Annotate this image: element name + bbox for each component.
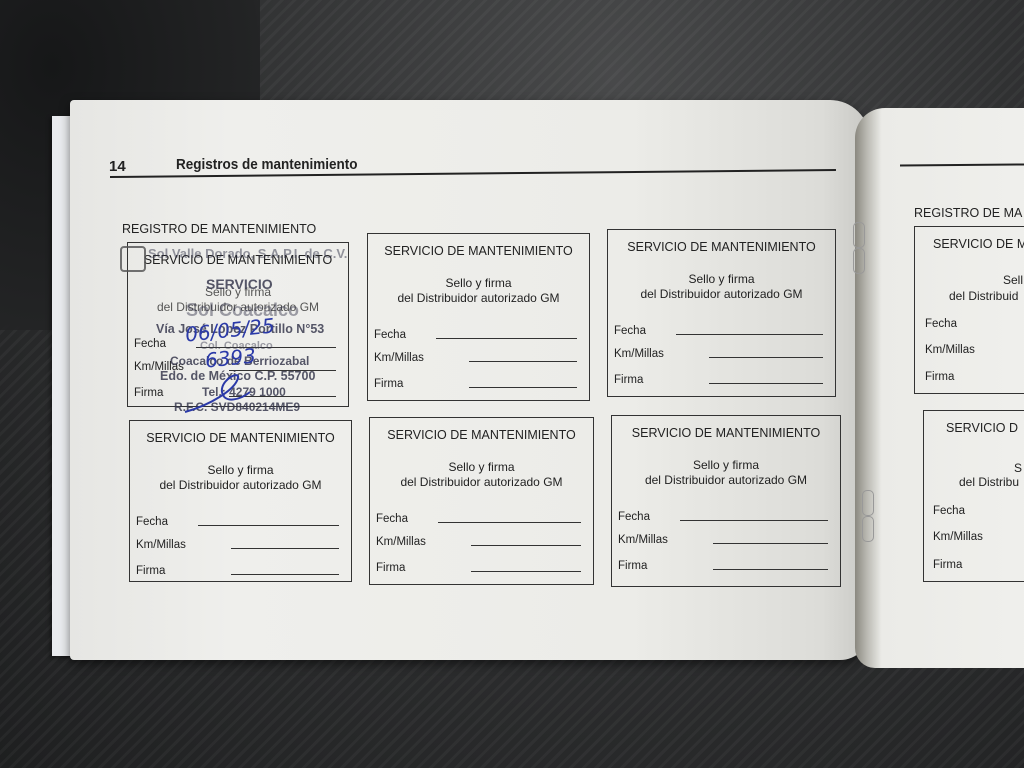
km-field: Km/Millas (376, 536, 585, 548)
page-title: Registros de mantenimiento (176, 156, 358, 173)
date-field: Fecha (618, 511, 832, 523)
box-subtitle: del Distribuidor autorizado GM (612, 473, 840, 487)
km-field: Km/Millas (136, 539, 343, 551)
date-field: Fecha (136, 516, 343, 528)
right-service-box-2: SERVICIO D S del Distribu Fecha Km/Milla… (923, 410, 1024, 582)
service-box-4: SERVICIO DE MANTENIMIENTO Sello y firma … (129, 420, 352, 582)
page-number: 14 (109, 158, 126, 175)
box-title: SERVICIO DE MANTENIMIENTO (130, 431, 351, 445)
box-subtitle: del Distribuidor autorizado GM (130, 478, 351, 492)
box-subtitle: del Distribuidor autorizado GM (368, 291, 589, 305)
box-subtitle: Sello y firma (370, 460, 593, 474)
box-subtitle: Sello y firma (612, 458, 840, 472)
service-box-3: SERVICIO DE MANTENIMIENTO Sello y firma … (607, 229, 836, 397)
box-title: SERVICIO DE MANTENIMIENTO (370, 428, 593, 442)
signature-field: Firma (376, 562, 585, 574)
box-title: SERVICIO DE MANTENIMIENTO (608, 240, 835, 254)
binding-clip (853, 248, 865, 274)
service-box-5: SERVICIO DE MANTENIMIENTO Sello y firma … (369, 417, 594, 585)
km-field: Km/Millas (618, 534, 832, 546)
date-field: Fecha (376, 513, 585, 525)
binding-clip (853, 222, 865, 248)
binding-clip (862, 516, 874, 542)
km-field: Km/Millas (374, 352, 581, 364)
signature-field: Firma (136, 565, 343, 577)
box-subtitle: del Distribuidor autorizado GM (370, 475, 593, 489)
service-box-2: SERVICIO DE MANTENIMIENTO Sello y firma … (367, 233, 590, 401)
binding-clip (862, 490, 874, 516)
box-title: SERVICIO DE MANTENIMIENTO (368, 244, 589, 258)
date-field: Fecha (614, 325, 827, 337)
box-subtitle: Sello y firma (368, 276, 589, 290)
signature-field: Firma (614, 374, 827, 386)
km-field: Km/Millas (614, 348, 827, 360)
date-field: Fecha (374, 329, 581, 341)
signature (180, 370, 260, 420)
service-box-6: SERVICIO DE MANTENIMIENTO Sello y firma … (611, 415, 841, 587)
box-subtitle: del Distribuidor autorizado GM (608, 287, 835, 301)
box-subtitle: Sello y firma (608, 272, 835, 286)
signature-field: Firma (618, 560, 832, 572)
signature-field: Firma (374, 378, 581, 390)
right-service-box-1: SERVICIO DE M Sell del Distribuid Fecha … (914, 226, 1024, 394)
box-title: SERVICIO DE MANTENIMIENTO (612, 426, 840, 440)
box-subtitle: Sello y firma (130, 463, 351, 477)
section-label: REGISTRO DE MANTENIMIENTO (122, 222, 316, 236)
right-section-label: REGISTRO DE MA (914, 206, 1022, 220)
